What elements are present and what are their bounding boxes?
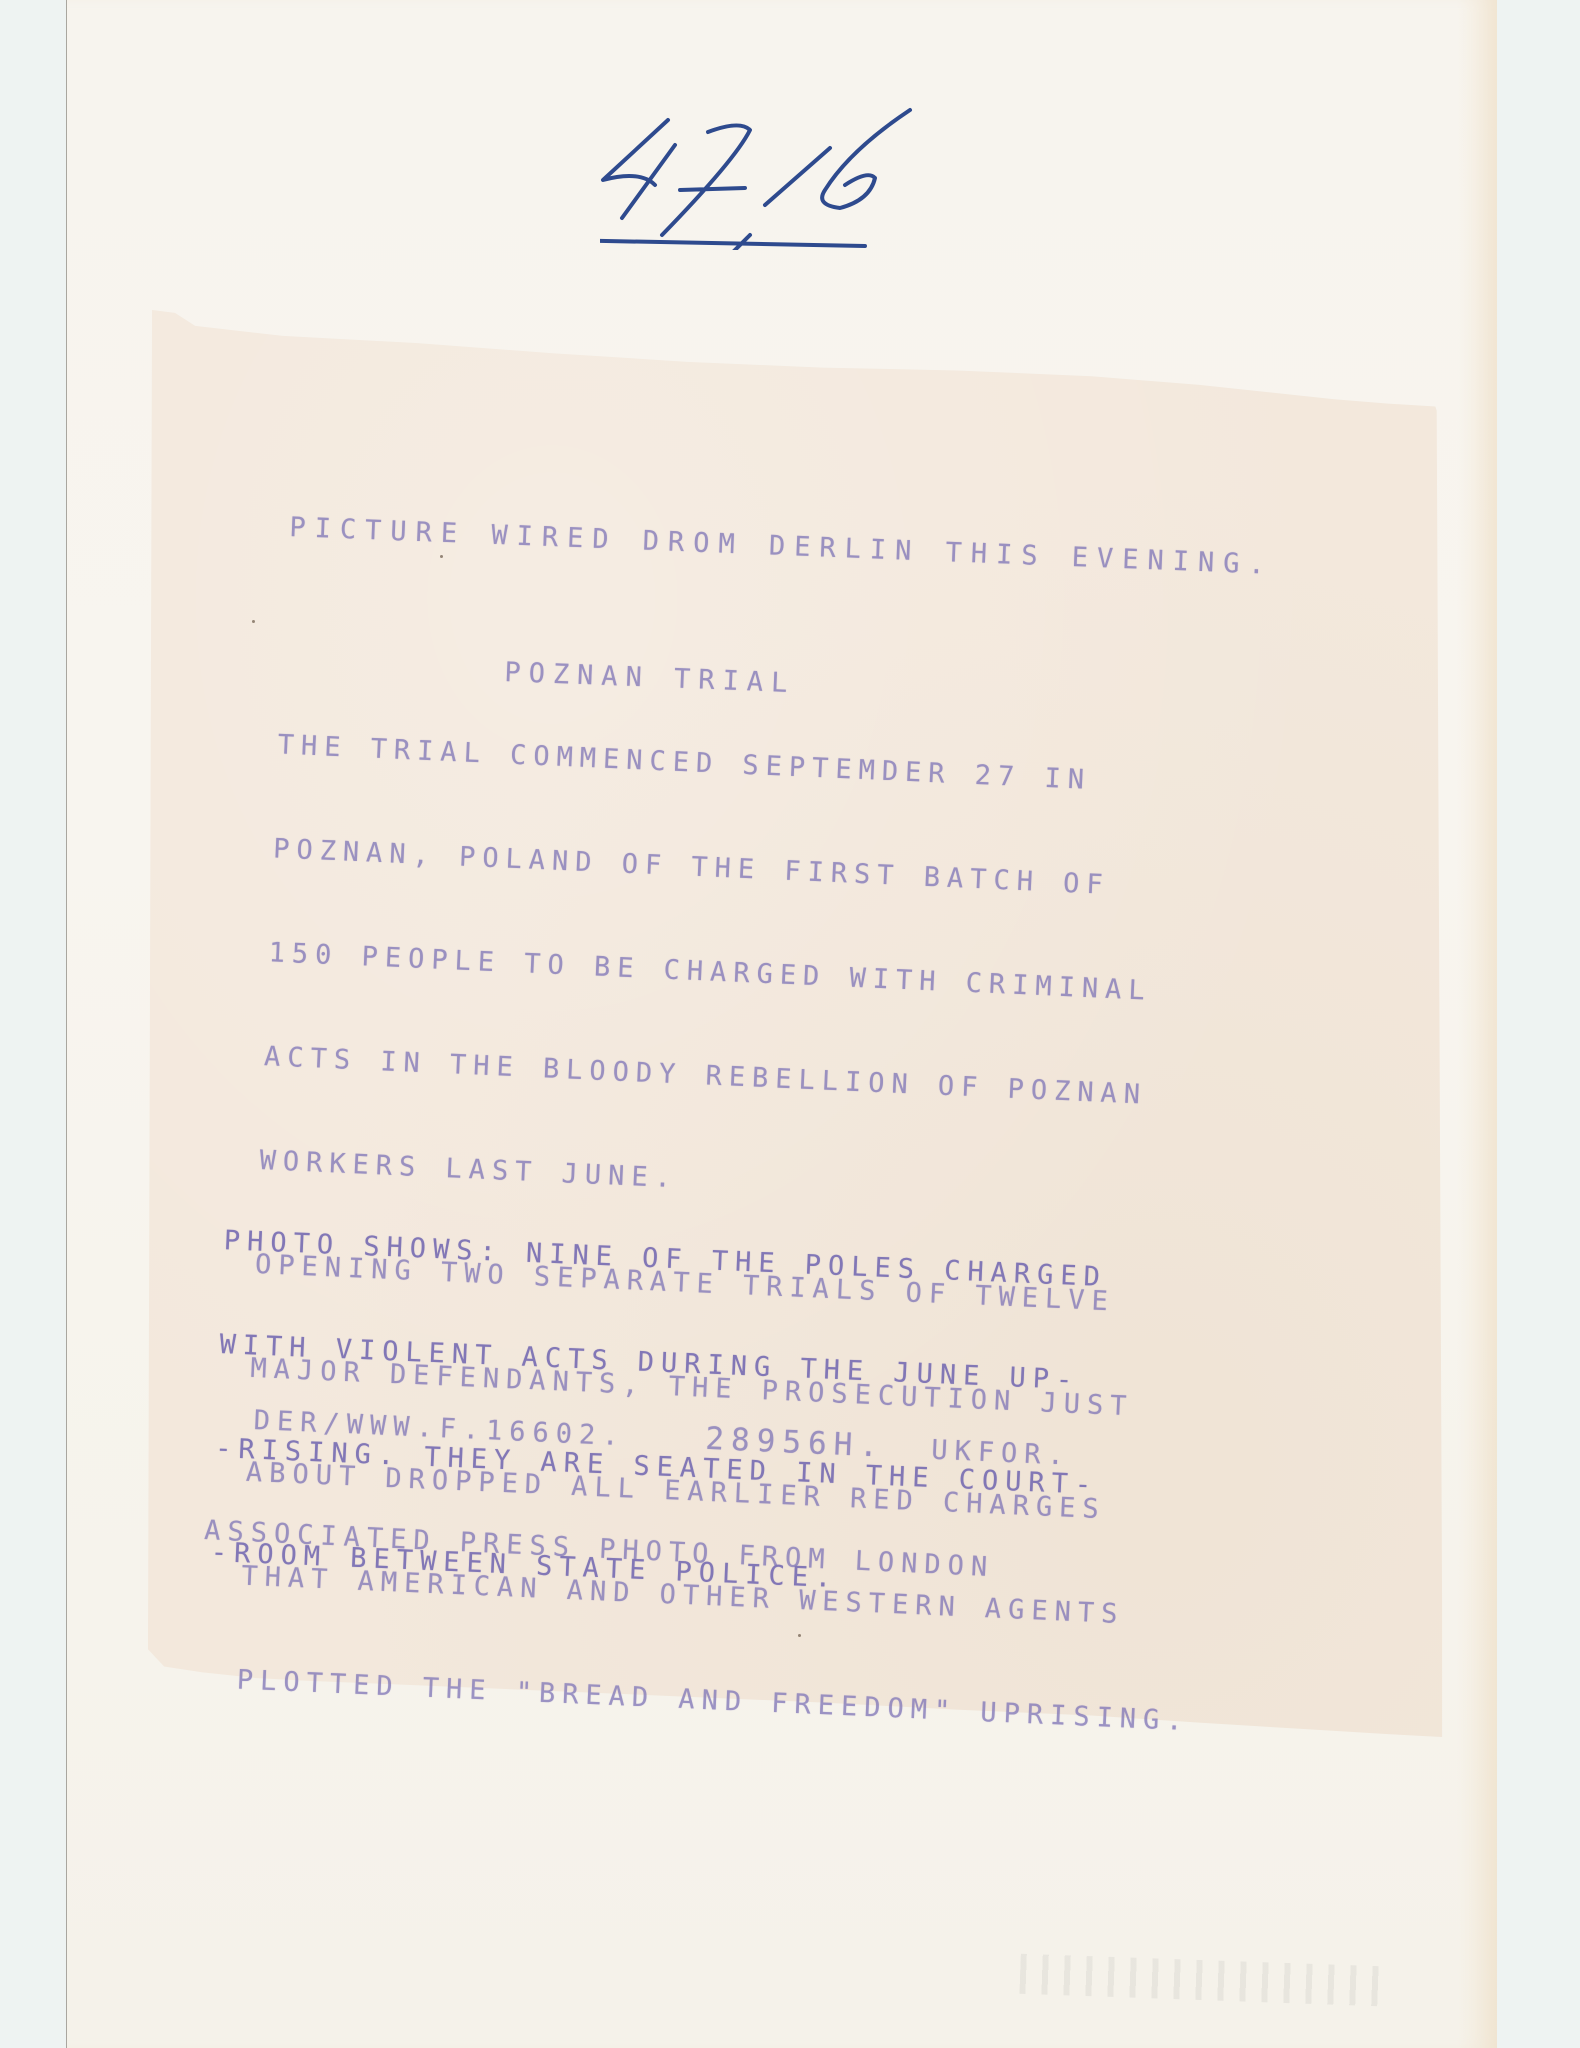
paper-speck <box>798 1634 801 1637</box>
handwritten-4716-glyphs <box>600 100 940 250</box>
photo-description-line: PHOTO SHOWS: NINE OF THE POLES CHARGED <box>223 1220 1108 1299</box>
reference-code-c: UKFOR. <box>931 1435 1072 1472</box>
credit-text: ASSOCIATED PRESS PHOTO FROM LONDON <box>203 1510 995 1589</box>
handwritten-catalog-number: 4716 <box>600 100 940 250</box>
caption-body-line: THE TRIAL COMMENCED SEPTEMDER 27 IN <box>277 724 1231 808</box>
paper-speck <box>252 620 255 623</box>
caption-body-line: POZNAN, POLAND OF THE FIRST BATCH OF <box>272 828 1226 912</box>
caption-body-line: PLOTTED THE "BREAD AND FREEDOM" UPRISING… <box>236 1660 1190 1744</box>
caption-body-line: 150 PEOPLE TO BE CHARGED WITH CRIMINAL <box>268 932 1222 1016</box>
paper-speck <box>440 555 443 558</box>
caption-body-line: ACTS IN THE BLOODY REBELLION OF POZNAN <box>263 1036 1217 1120</box>
caption-header-text: PICTURE WIRED DROM DERLIN THIS EVENING. <box>289 507 1275 587</box>
